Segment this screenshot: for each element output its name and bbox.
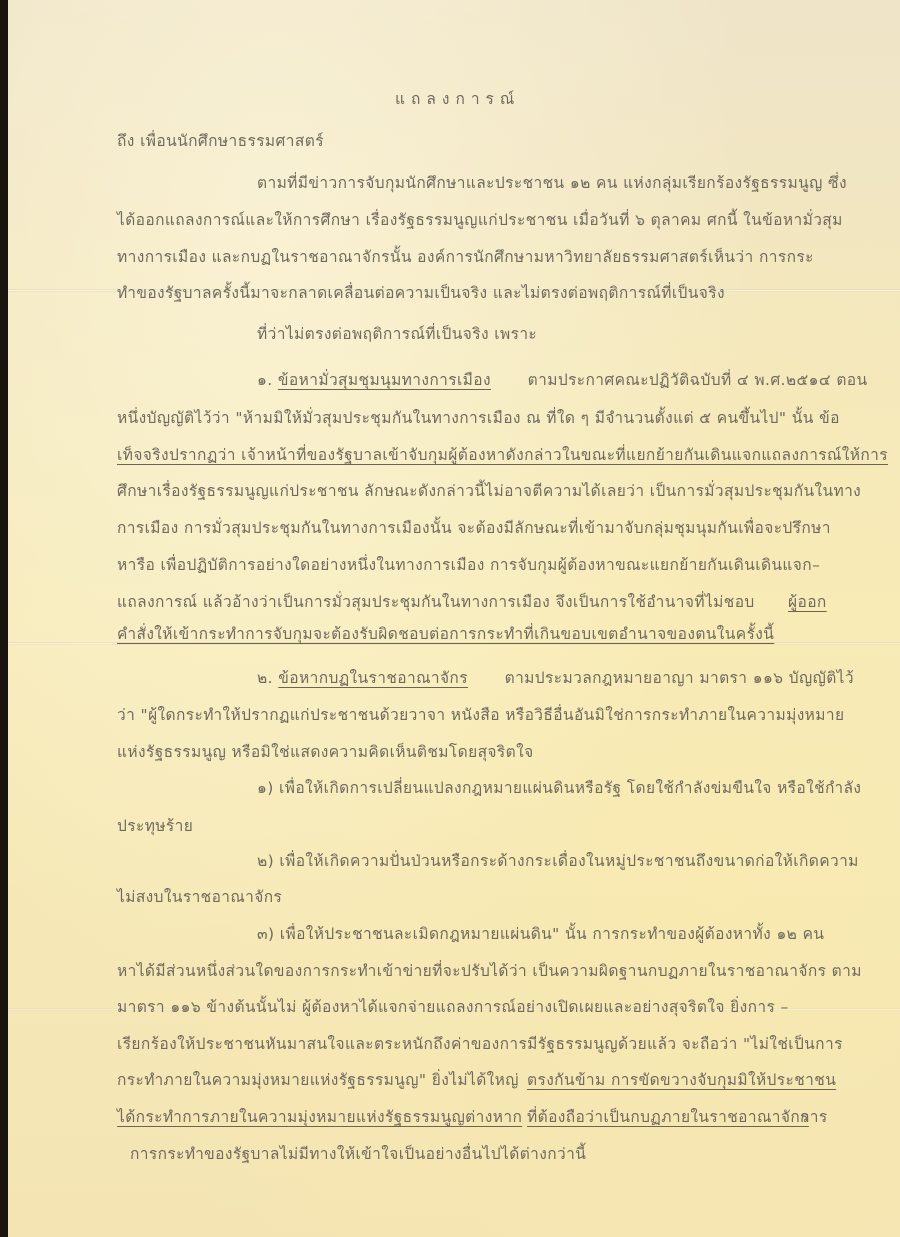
closing-line: เรียกร้องให้ประชาชนหันมาสนใจและตระหนักถึ… [117, 1031, 843, 1056]
clause-1: ๑) เพื่อให้เกิดการเปลี่ยนแปลงกฎหมายแผ่นด… [257, 775, 861, 800]
section-2-line: แห่งรัฐธรรมนูญ หรือมิใช่แสดงความคิดเห็นต… [117, 739, 534, 764]
section-2-heading-line: ๒. ข้อหากบฏในราชอาณาจักร ตามประมวลกฎหมาย… [257, 665, 854, 690]
closing-line: ที่ต้องถือว่าเป็นกบฏภายในราชอาณาจักร [527, 1104, 809, 1129]
clause-number: ๒) [257, 852, 274, 870]
section-1-line: ศึกษาเรื่องรัฐธรรมนูญแก่ประชาชน ลักษณะดั… [117, 478, 861, 503]
clause-1-cont: ประทุษร้าย [117, 813, 193, 838]
section-1-line: เท็จจริงปรากฏว่า เจ้าหน้าที่ของรัฐบาลเข้… [117, 442, 888, 467]
typed-document: แถลงการณ์ ถึง เพื่อนนักศึกษาธรรมศาสตร์ ต… [0, 0, 900, 1237]
closing-line: การกระทำของรัฐบาลไม่มีทางให้เข้าใจเป็นอย… [130, 1141, 586, 1166]
section-1-line: ผู้ออก [788, 589, 827, 614]
section-1-number: ๑. [257, 371, 273, 389]
intro-line: ทางการเมือง และกบฏในราชอาณาจักรนั้น องค์… [117, 244, 814, 269]
clause-text: เพื่อให้เกิดความปั่นป่วนหรือกระด้างกระเด… [279, 852, 858, 870]
document-title: แถลงการณ์ [395, 86, 520, 111]
clause-number: ๓) [257, 925, 274, 943]
section-2-number: ๒. [257, 669, 273, 687]
section-1-line: แถลงการณ์ แล้วอ้างว่าเป็นการมั่วสุมประชุ… [117, 589, 755, 614]
section-1-line: หารือ เพื่อปฏิบัติการอย่างใดอย่างหนึ่งใน… [117, 552, 820, 577]
closing-line: มาตรา ๑๑๖ ข้างต้นนั้นไม่ ผู้ต้องหาได้แจก… [117, 994, 789, 1019]
section-1-line: หนึ่งบัญญัติไว้ว่า "ห้ามมิให้มั่วสุมประช… [117, 405, 840, 430]
section-1-text: ตามประกาศคณะปฏิวัติฉบับที่ ๔ พ.ศ.๒๕๑๔ ตอ… [528, 371, 868, 389]
closing-line: ได้กระทำการภายในความมุ่งหมายแห่งรัฐธรรมน… [117, 1104, 522, 1129]
intro-line: ได้ออกแถลงการณ์และให้การศึกษา เรื่องรัฐธ… [117, 207, 843, 232]
clause-3: ๓) เพื่อให้ประชาชนละเมิดกฎหมายแผ่นดิน" น… [257, 921, 824, 946]
section-1-heading-line: ๑. ข้อหามั่วสุมชุมนุมทางการเมือง ตามประก… [257, 367, 868, 392]
intro-line: ทำของรัฐบาลครั้งนี้มาจะกลาดเคลื่อนต่อควา… [117, 280, 725, 305]
closing-line: หาได้มีส่วนหนึ่งส่วนใดของการกระทำเข้าข่า… [117, 958, 862, 983]
section-1-heading: ข้อหามั่วสุมชุมนุมทางการเมือง [278, 371, 491, 389]
reason-heading: ที่ว่าไม่ตรงต่อพฤติการณ์ที่เป็นจริง เพรา… [257, 321, 537, 346]
addressee: ถึง เพื่อนนักศึกษาธรรมศาสตร์ [117, 128, 324, 153]
section-2-line: ว่า "ผู้ใดกระทำให้ปรากฏแก่ประชาชนด้วยวาจ… [117, 702, 845, 727]
section-2-text: ตามประมวลกฎหมายอาญา มาตรา ๑๑๖ บัญญัติไว้ [505, 669, 854, 687]
clause-text: เพื่อให้ประชาชนละเมิดกฎหมายแผ่นดิน" นั้น… [280, 925, 825, 943]
closing-line: การ [800, 1104, 828, 1129]
clause-2: ๒) เพื่อให้เกิดความปั่นป่วนหรือกระด้างกร… [257, 848, 859, 873]
section-2-heading: ข้อหากบฏในราชอาณาจักร [278, 669, 468, 687]
clause-number: ๑) [257, 779, 274, 797]
intro-line: ตามที่มีข่าวการจับกุมนักศึกษาและประชาชน … [257, 170, 847, 195]
clause-text: เพื่อให้เกิดการเปลี่ยนแปลงกฎหมายแผ่นดินห… [279, 779, 861, 797]
section-1-line: การเมือง การมั่วสุมประชุมกันในทางการเมือ… [117, 515, 831, 540]
closing-line: กระทำภายในความมุ่งหมายแห่งรัฐธรรมนูญ" ยิ… [117, 1067, 519, 1092]
clause-2-cont: ไม่สงบในราชอาณาจักร [117, 884, 282, 909]
section-1-line: คำสั่งให้เข้ากระทำการจับกุมจะต้องรับผิดช… [117, 621, 774, 646]
closing-line: ตรงกันข้าม การขัดขวางจับกุมมิให้ประชาชน [527, 1067, 836, 1092]
